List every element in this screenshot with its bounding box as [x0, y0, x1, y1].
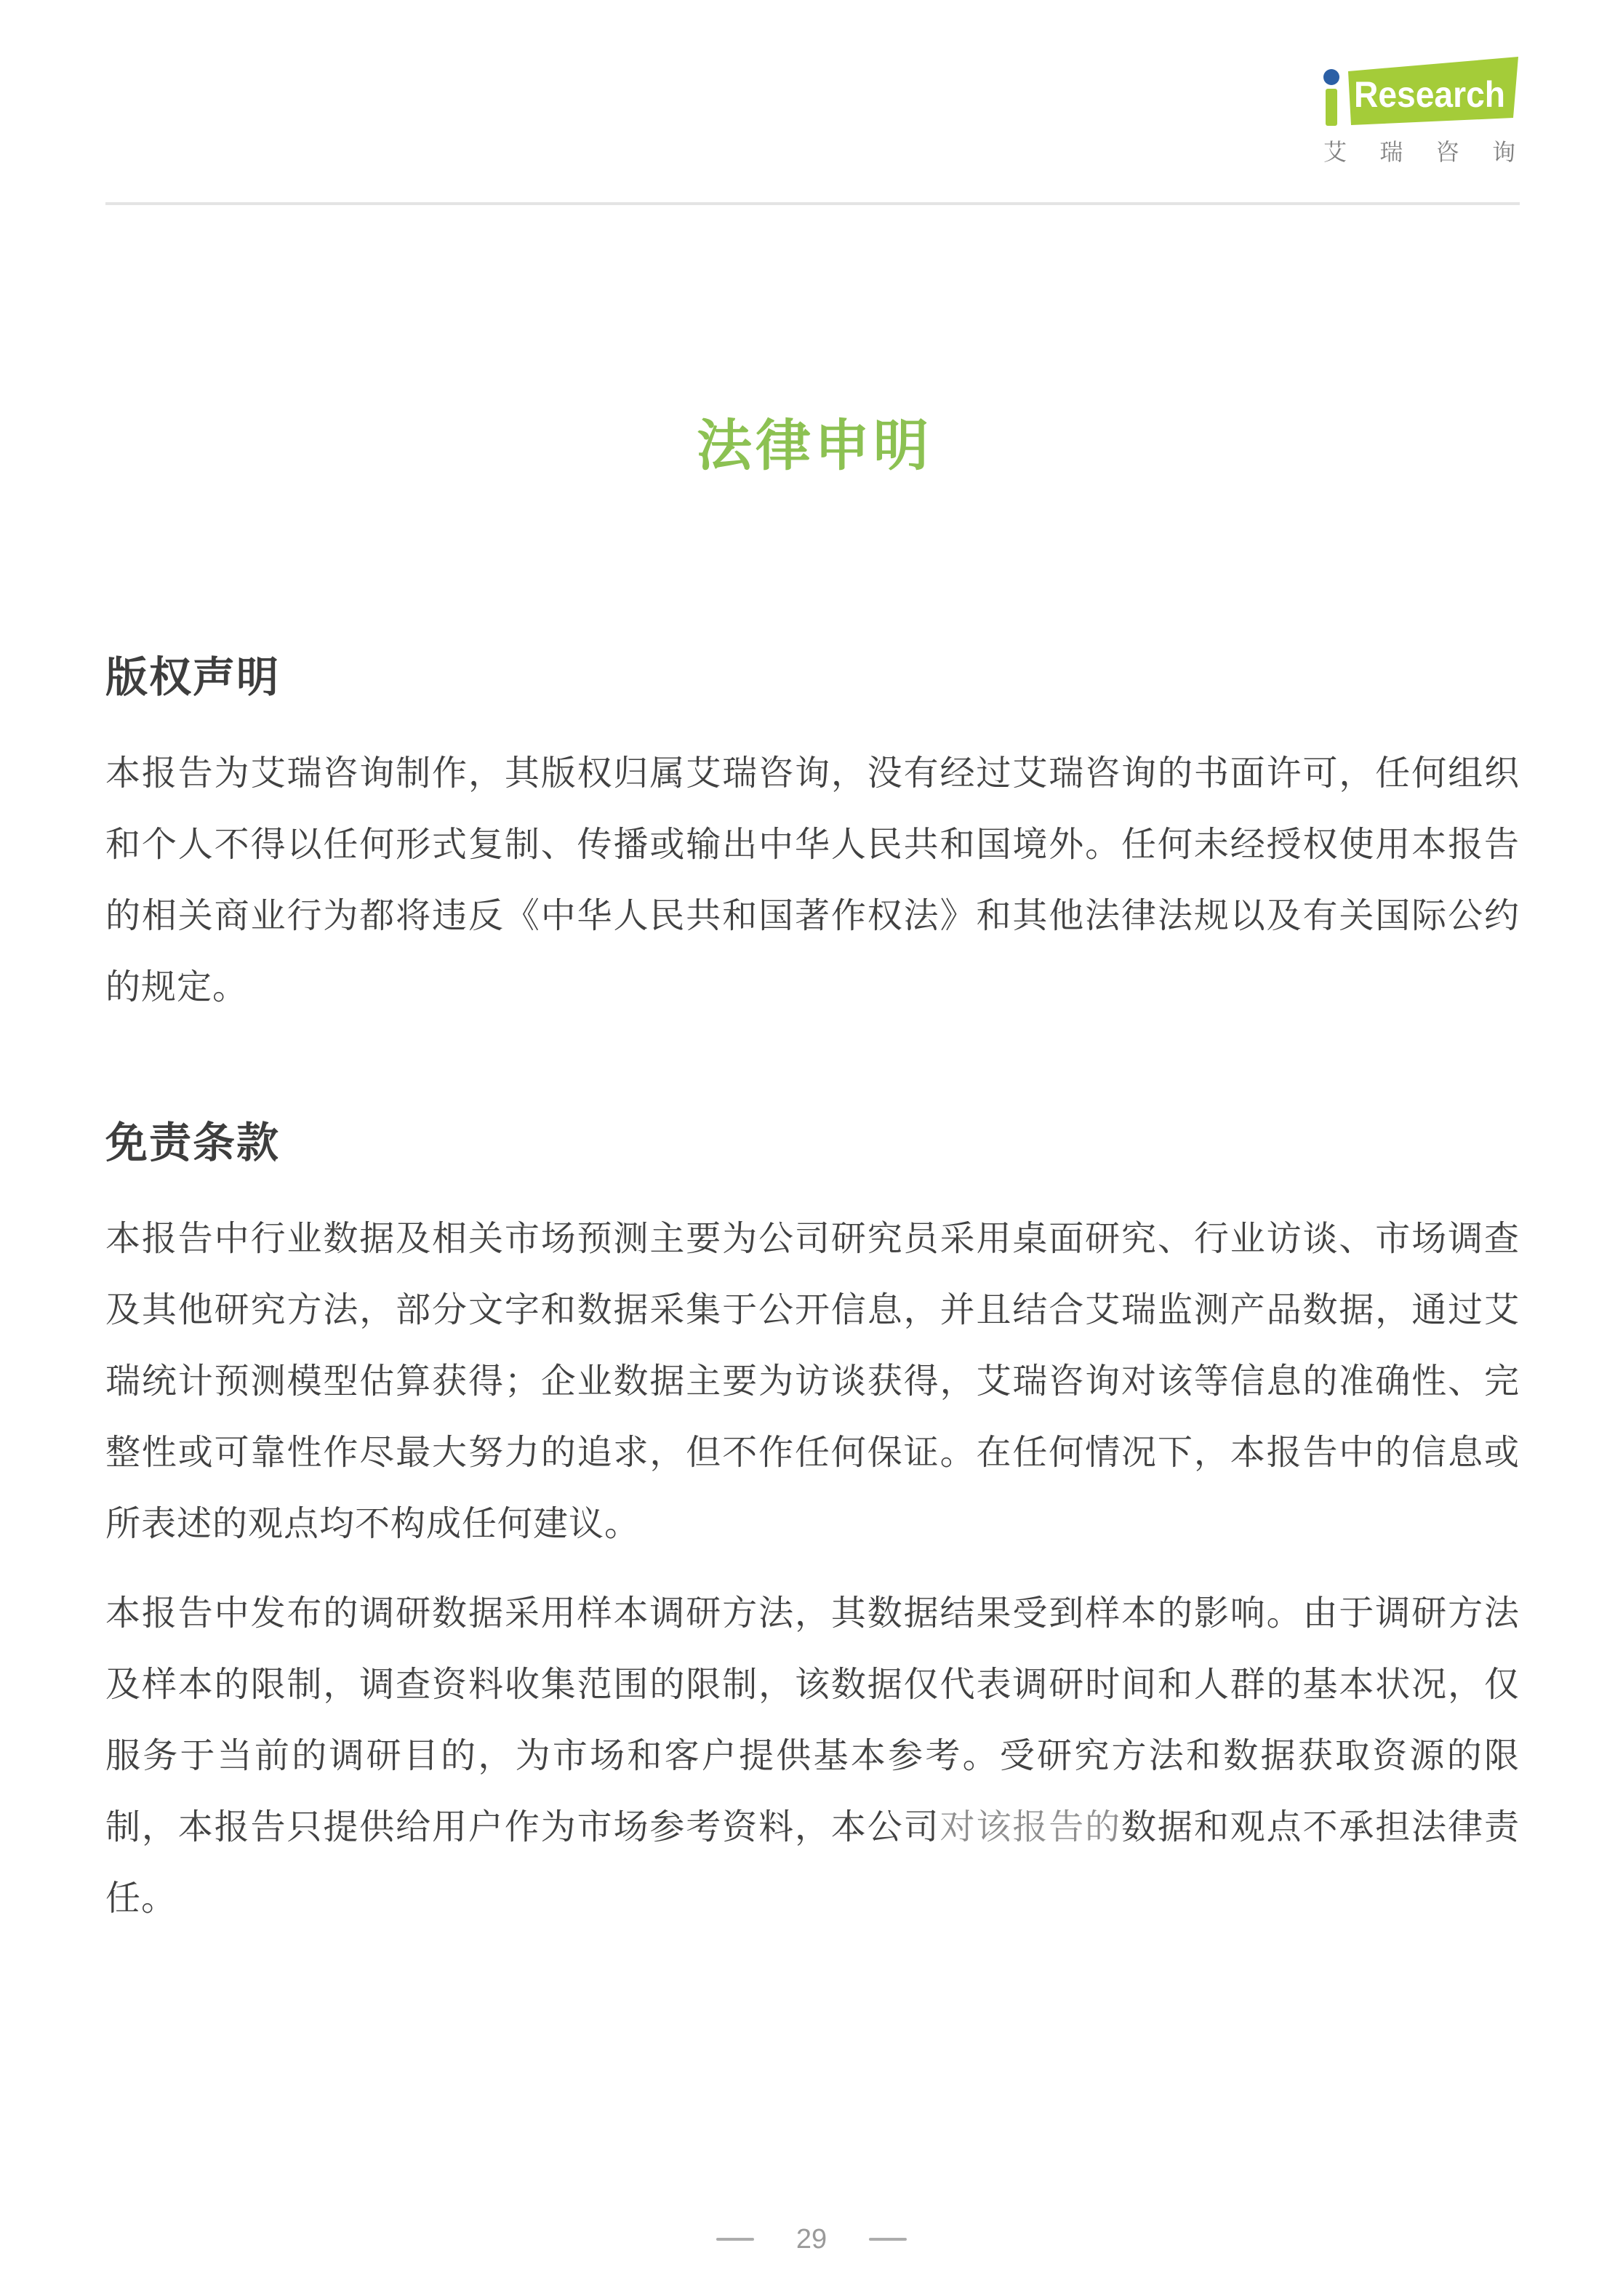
logo-subtext-char: 询 — [1492, 134, 1515, 167]
copyright-paragraph: 本报告为艾瑞咨询制作，其版权归属艾瑞咨询，没有经过艾瑞咨询的书面许可，任何组织和… — [105, 738, 1520, 1023]
section-disclaimer: 免责条款 本报告中行业数据及相关市场预测主要为公司研究员采用桌面研究、行业访谈、… — [105, 1118, 1520, 1935]
page-content: 法律申明 版权声明 本报告为艾瑞咨询制作，其版权归属艾瑞咨询，没有经过艾瑞咨询的… — [0, 415, 1623, 1935]
page-number: 29 — [796, 2225, 827, 2253]
disclaimer-paragraph-2: 本报告中发布的调研数据采用样本调研方法，其数据结果受到样本的影响。由于调研方法及… — [105, 1578, 1520, 1935]
footer-dash-right — [869, 2238, 907, 2241]
page-footer: 29 — [0, 2225, 1623, 2253]
disclaimer-paragraph-2-light: 对该报告的 — [940, 1808, 1121, 1847]
section-copyright: 版权声明 本报告为艾瑞咨询制作，其版权归属艾瑞咨询，没有经过艾瑞咨询的书面许可，… — [105, 652, 1520, 1023]
disclaimer-paragraph-1: 本报告中行业数据及相关市场预测主要为公司研究员采用桌面研究、行业访谈、市场调查及… — [105, 1204, 1520, 1560]
logo-subtext-char: 咨 — [1436, 134, 1459, 167]
logo-subtext-char: 瑞 — [1379, 134, 1403, 167]
section-heading-disclaimer: 免责条款 — [105, 1118, 1520, 1169]
header-divider — [105, 202, 1520, 205]
logo-i-stem-icon — [1326, 89, 1337, 126]
section-heading-copyright: 版权声明 — [105, 652, 1520, 703]
logo-wordmark-text: Research — [1354, 74, 1505, 115]
iresearch-logo: Research 艾 瑞 咨 询 — [1319, 57, 1521, 167]
document-page: Research 艾 瑞 咨 询 法律申明 版权声明 本报告为艾瑞咨询制作，其版… — [0, 0, 1623, 2296]
iresearch-logo-mark: Research — [1319, 57, 1521, 127]
logo-subtext: 艾 瑞 咨 询 — [1323, 134, 1515, 167]
logo-subtext-char: 艾 — [1323, 134, 1347, 167]
page-title: 法律申明 — [105, 415, 1520, 478]
logo-i-dot-icon — [1323, 69, 1339, 85]
footer-dash-left — [716, 2238, 754, 2241]
